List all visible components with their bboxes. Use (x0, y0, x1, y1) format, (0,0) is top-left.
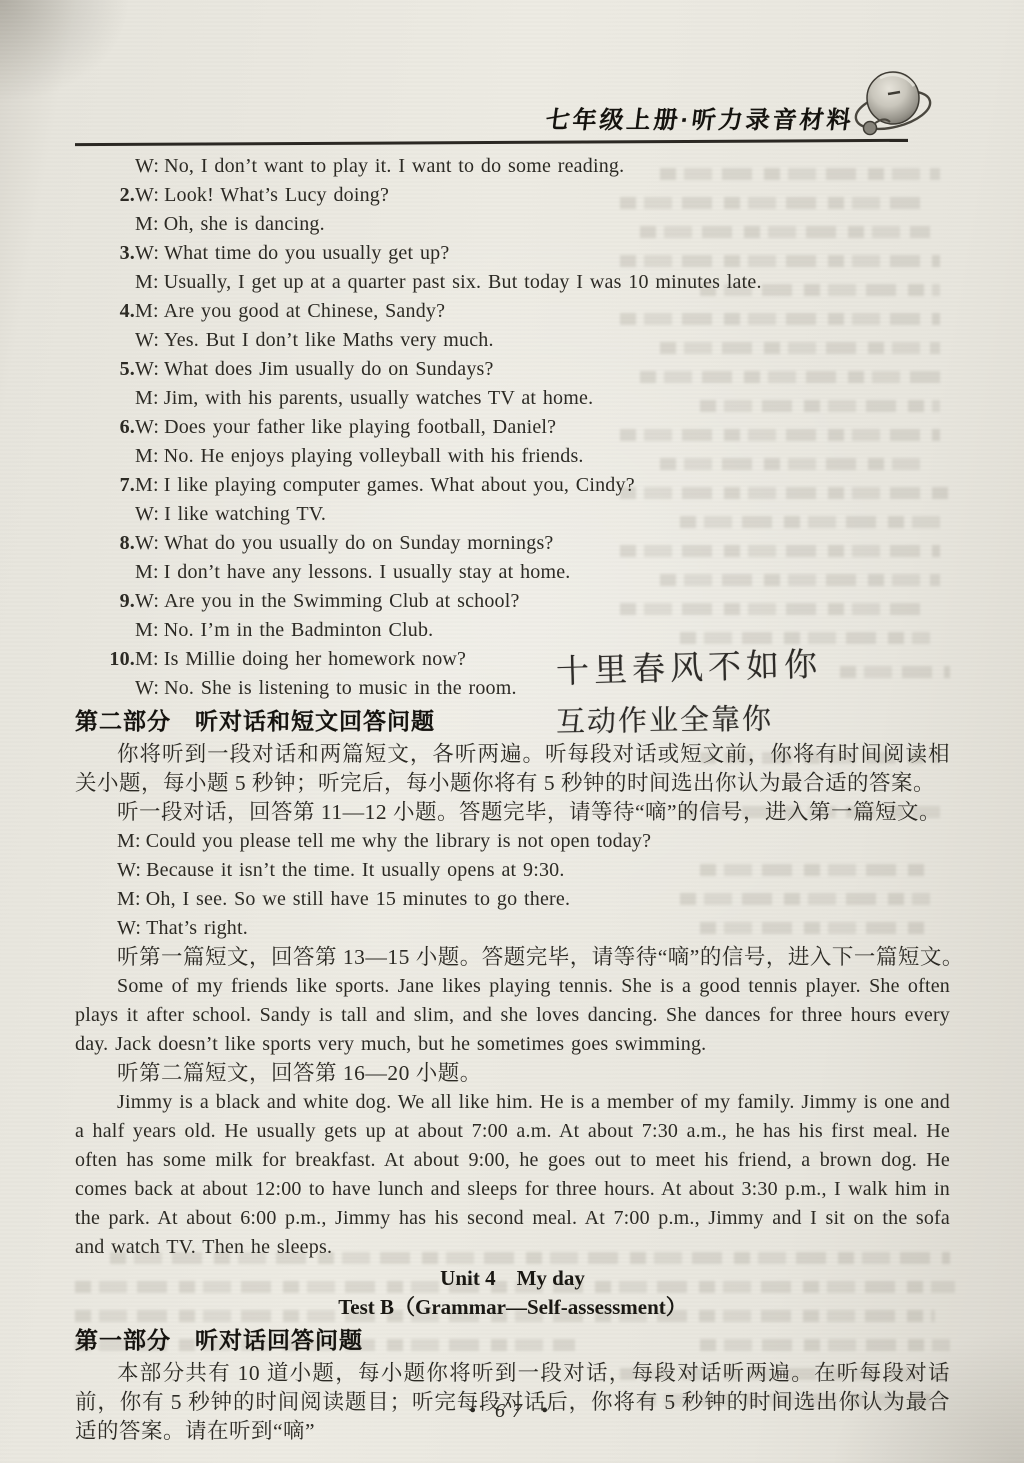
dialogue-text: Because it isn’t the time. It usually op… (146, 859, 564, 881)
dialogue-number: 7. (75, 471, 135, 500)
dialogue-text: No. He enjoys playing volleyball with hi… (164, 445, 584, 467)
dialogue-line: M:Could you please tell me why the libra… (75, 827, 950, 856)
speaker-label: W: (135, 329, 164, 351)
dialogue-line: 9.W:Are you in the Swimming Club at scho… (75, 587, 950, 616)
dialogue-text: What does Jim usually do on Sundays? (164, 358, 494, 380)
dialogue-text: Could you please tell me why the library… (146, 830, 651, 852)
page-body: W:No, I don’t want to play it. I want to… (0, 152, 1024, 1446)
speaker-label: W: (135, 416, 164, 438)
speaker-label: M: (135, 445, 164, 467)
dialogue-number: 2. (75, 181, 135, 210)
part2-dialogue-list: M:Could you please tell me why the libra… (75, 827, 950, 943)
speaker-label: M: (135, 619, 164, 641)
page-number: • 67 • (0, 1400, 1024, 1423)
page-header-title: 七年级上册·听力录音材料 (544, 100, 856, 135)
dialogue-line: W:No, I don’t want to play it. I want to… (75, 152, 950, 181)
speaker-label: M: (117, 830, 146, 852)
speaker-label: W: (117, 859, 146, 881)
speaker-label: M: (135, 474, 164, 496)
dialogue-text: Is Millie doing her homework now? (164, 648, 466, 670)
speaker-label: W: (135, 532, 164, 554)
speaker-label: M: (135, 561, 164, 583)
dialogue-text: I like watching TV. (164, 503, 326, 525)
dialogue-line: W:That’s right. (75, 914, 950, 943)
dialogue-text: Are you good at Chinese, Sandy? (164, 300, 445, 322)
header-divider (75, 139, 908, 146)
speaker-label: M: (135, 271, 164, 293)
speaker-label: M: (117, 888, 146, 910)
dialogue-text: I don’t have any lessons. I usually stay… (164, 561, 571, 583)
dialogue-text: Yes. But I don’t like Maths very much. (164, 329, 494, 351)
dialogue-line: M:Jim, with his parents, usually watches… (75, 384, 950, 413)
dialogue-line: M:Oh, I see. So we still have 15 minutes… (75, 885, 950, 914)
unit-heading: Unit 4 My day (75, 1264, 950, 1293)
dialogue-number: 5. (75, 355, 135, 384)
dialogue-text: Oh, she is dancing. (164, 213, 325, 235)
dialogue-line: W:Yes. But I don’t like Maths very much. (75, 326, 950, 355)
dialogue-line: 3.W:What time do you usually get up? (75, 239, 950, 268)
dialogue-line: M:Oh, she is dancing. (75, 210, 950, 239)
dialogue-text: Does your father like playing football, … (164, 416, 556, 438)
dialogue-text: No, I don’t want to play it. I want to d… (164, 155, 624, 177)
dialogue-line: W:Because it isn’t the time. It usually … (75, 856, 950, 885)
dialogue-line: 4.M:Are you good at Chinese, Sandy? (75, 297, 950, 326)
speaker-label: W: (135, 677, 164, 699)
part2-intro: 你将听到一段对话和两篇短文，各听两遍。听每段对话或短文前，你将有时间阅读相关小题… (75, 740, 950, 798)
dialogue-line: W:I like watching TV. (75, 500, 950, 529)
dialogue-line: M:I don’t have any lessons. I usually st… (75, 558, 950, 587)
dialogue-number: 4. (75, 297, 135, 326)
dialogue-line: 7.M:I like playing computer games. What … (75, 471, 950, 500)
dialogue-number: 10. (75, 645, 135, 674)
speaker-label: W: (135, 503, 164, 525)
dialogue-line: M:Usually, I get up at a quarter past si… (75, 268, 950, 297)
dialogue-line: 6.W:Does your father like playing footba… (75, 413, 950, 442)
dialogue-number: 6. (75, 413, 135, 442)
dialogue-text: What do you usually do on Sunday morning… (164, 532, 553, 554)
dialogue-text: Usually, I get up at a quarter past six.… (164, 271, 762, 293)
dialogue-text: That’s right. (146, 917, 248, 939)
speaker-label: W: (135, 590, 164, 612)
dialogue-text: Oh, I see. So we still have 15 minutes t… (146, 888, 570, 910)
speaker-label: W: (135, 184, 164, 206)
handwritten-note-2: 互动作业全靠你 (556, 696, 774, 740)
dialogue-number: 3. (75, 239, 135, 268)
passage2-text: Jimmy is a black and white dog. We all l… (75, 1088, 950, 1262)
cue-dialogue: 听一段对话，回答第 11—12 小题。答题完毕，请等待“嘀”的信号，进入第一篇短… (75, 798, 950, 827)
handwritten-note-1: 十里春风不如你 (555, 638, 822, 692)
dialogue-line: 8.W:What do you usually do on Sunday mor… (75, 529, 950, 558)
cd-player-icon (850, 64, 936, 144)
speaker-label: M: (135, 387, 164, 409)
dialogue-text: Look! What’s Lucy doing? (164, 184, 389, 206)
speaker-label: M: (135, 300, 164, 322)
dialogue-text: Jim, with his parents, usually watches T… (164, 387, 594, 409)
dialogue-number: 9. (75, 587, 135, 616)
scanned-textbook-page: 七年级上册·听力录音材料 W:No, I don’t wa (0, 0, 1024, 1463)
speaker-label: M: (135, 648, 164, 670)
speaker-label: W: (117, 917, 146, 939)
cue-passage2: 听第二篇短文，回答第 16—20 小题。 (75, 1059, 950, 1088)
part1-heading: 第一部分 听对话回答问题 (75, 1324, 950, 1356)
speaker-label: W: (135, 242, 164, 264)
part1-dialogue-list: W:No, I don’t want to play it. I want to… (75, 152, 950, 703)
part2-heading: 第二部分 听对话和短文回答问题 (75, 705, 950, 737)
dialogue-line: M:No. He enjoys playing volleyball with … (75, 442, 950, 471)
speaker-label: W: (135, 155, 164, 177)
dialogue-text: Are you in the Swimming Club at school? (164, 590, 520, 612)
page-header: 七年级上册·听力录音材料 (0, 0, 1024, 150)
speaker-label: M: (135, 213, 164, 235)
dialogue-line: 2.W:Look! What’s Lucy doing? (75, 181, 950, 210)
dialogue-text: What time do you usually get up? (164, 242, 449, 264)
dialogue-text: I like playing computer games. What abou… (164, 474, 635, 496)
dialogue-text: No. She is listening to music in the roo… (164, 677, 517, 699)
dialogue-line: 5.W:What does Jim usually do on Sundays? (75, 355, 950, 384)
speaker-label: W: (135, 358, 164, 380)
test-heading: Test B（Grammar—Self-assessment） (75, 1293, 950, 1322)
dialogue-number: 8. (75, 529, 135, 558)
cue-passage1: 听第一篇短文，回答第 13—15 小题。答题完毕，请等待“嘀”的信号，进入下一篇… (75, 943, 950, 972)
passage1-text: Some of my friends like sports. Jane lik… (75, 972, 950, 1059)
dialogue-text: No. I’m in the Badminton Club. (164, 619, 434, 641)
